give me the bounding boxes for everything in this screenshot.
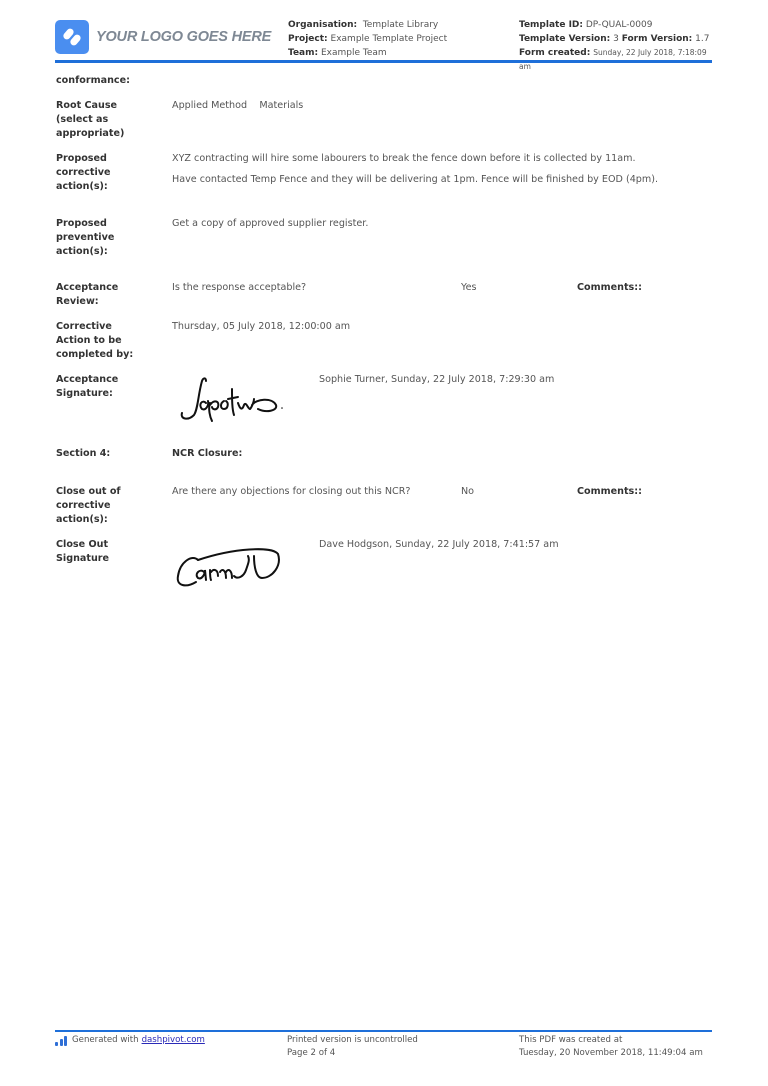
close-out-signer: Dave Hodgson, Sunday, 22 July 2018, 7:41… bbox=[319, 538, 559, 552]
print-info: Printed version is uncontrolled Page 2 o… bbox=[287, 1034, 418, 1060]
form-created-label: Form created: bbox=[519, 48, 590, 58]
acceptance-signature-image bbox=[176, 375, 296, 425]
close-out-signature-image bbox=[174, 542, 289, 592]
root-cause-value: Applied Method bbox=[172, 100, 247, 111]
corrective-action-value: XYZ contracting will hire some labourers… bbox=[172, 152, 658, 187]
corrective-action-line: XYZ contracting will hire some labourers… bbox=[172, 152, 658, 166]
conformance-label: conformance: bbox=[56, 74, 166, 88]
dashpivot-link[interactable]: dashpivot.com bbox=[142, 1034, 205, 1047]
close-out-comments-label: Comments:: bbox=[577, 485, 642, 499]
logo-icon bbox=[55, 20, 89, 54]
close-out-signature-label: Close Out Signature bbox=[56, 538, 166, 566]
template-version-label: Template Version: bbox=[519, 34, 610, 44]
team-label: Team: bbox=[288, 48, 318, 58]
corrective-action-line: Have contacted Temp Fence and they will … bbox=[172, 173, 658, 187]
organisation-value: Template Library bbox=[363, 20, 438, 30]
pdf-created-label: This PDF was created at bbox=[519, 1034, 703, 1047]
project-value: Example Template Project bbox=[331, 34, 448, 44]
completed-by-value: Thursday, 05 July 2018, 12:00:00 am bbox=[172, 320, 350, 334]
generated-with: Generated with dashpivot.com bbox=[55, 1034, 205, 1047]
close-out-label: Close out of corrective action(s): bbox=[56, 485, 166, 527]
form-version-value: 1.7 bbox=[695, 34, 709, 44]
acceptance-review-answer: Yes bbox=[461, 281, 477, 295]
team-value: Example Team bbox=[321, 48, 387, 58]
root-cause-values: Applied Method Materials bbox=[172, 99, 303, 113]
close-out-answer: No bbox=[461, 485, 474, 499]
page-number: Page 2 of 4 bbox=[287, 1047, 418, 1060]
root-cause-value: Materials bbox=[259, 100, 303, 111]
corrective-action-label: Proposed corrective action(s): bbox=[56, 152, 166, 194]
acceptance-review-comments-label: Comments:: bbox=[577, 281, 642, 295]
organisation-label: Organisation: bbox=[288, 20, 357, 30]
acceptance-signer: Sophie Turner, Sunday, 22 July 2018, 7:2… bbox=[319, 373, 554, 387]
logo: YOUR LOGO GOES HERE bbox=[55, 20, 271, 54]
pdf-created-value: Tuesday, 20 November 2018, 11:49:04 am bbox=[519, 1047, 703, 1060]
generated-prefix: Generated with bbox=[72, 1034, 139, 1047]
acceptance-review-label: Acceptance Review: bbox=[56, 281, 166, 309]
logo-text: YOUR LOGO GOES HERE bbox=[96, 29, 271, 45]
acceptance-signature-label: Acceptance Signature: bbox=[56, 373, 166, 401]
close-out-question: Are there any objections for closing out… bbox=[172, 485, 410, 499]
dashpivot-bars-icon bbox=[55, 1036, 67, 1046]
header-meta-organisation: Organisation: Template Library Project: … bbox=[288, 18, 447, 60]
template-id-label: Template ID: bbox=[519, 20, 583, 30]
project-label: Project: bbox=[288, 34, 328, 44]
template-id-value: DP-QUAL-0009 bbox=[586, 20, 653, 30]
form-version-label: Form Version: bbox=[622, 34, 693, 44]
uncontrolled-note: Printed version is uncontrolled bbox=[287, 1034, 418, 1047]
preventive-action-value: Get a copy of approved supplier register… bbox=[172, 217, 368, 231]
header-meta-template: Template ID: DP-QUAL-0009 Template Versi… bbox=[519, 18, 712, 74]
section4-label: Section 4: bbox=[56, 447, 166, 461]
completed-by-label: Corrective Action to be completed by: bbox=[56, 320, 166, 362]
root-cause-label: Root Cause (select as appropriate) bbox=[56, 99, 166, 141]
footer-divider bbox=[55, 1030, 712, 1032]
page-header: YOUR LOGO GOES HERE Organisation: Templa… bbox=[55, 14, 712, 64]
preventive-action-label: Proposed preventive action(s): bbox=[56, 217, 166, 259]
header-divider bbox=[55, 60, 712, 63]
pdf-created-info: This PDF was created at Tuesday, 20 Nove… bbox=[519, 1034, 703, 1060]
template-version-value: 3 bbox=[613, 34, 619, 44]
section4-title: NCR Closure: bbox=[172, 447, 242, 461]
acceptance-review-question: Is the response acceptable? bbox=[172, 281, 306, 295]
